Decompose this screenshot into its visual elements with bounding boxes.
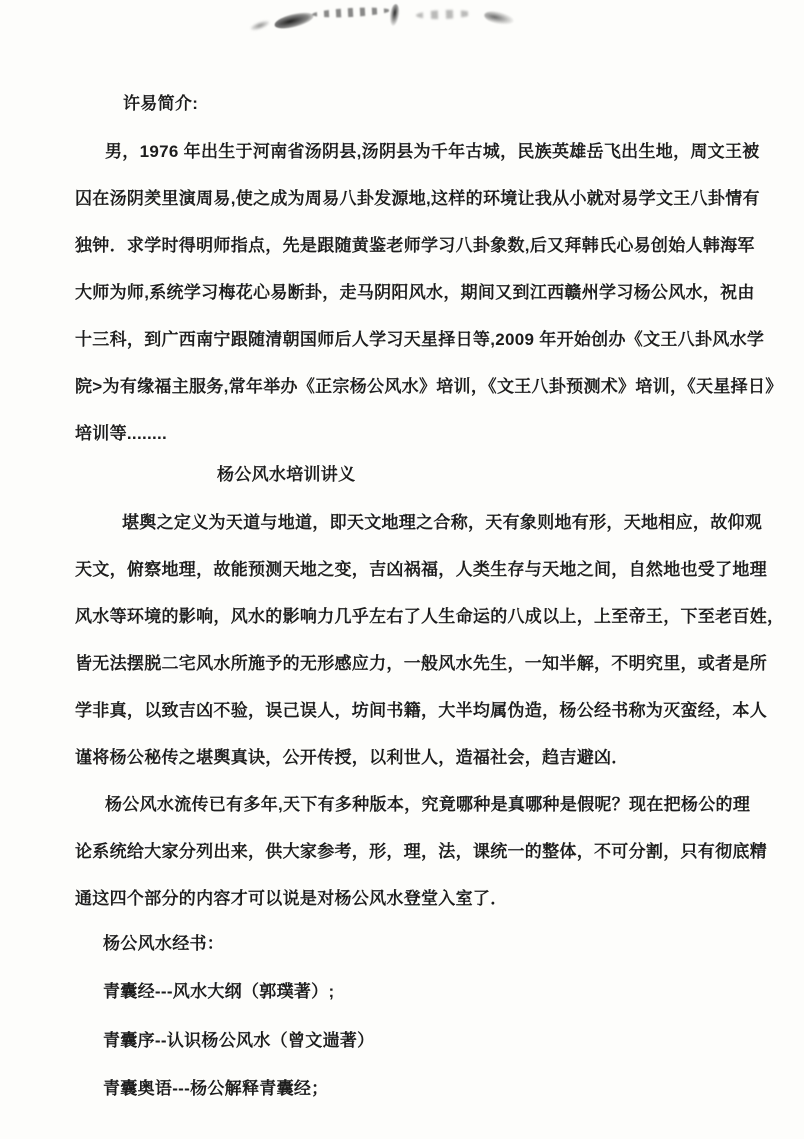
bio-line: 培训等........ <box>75 423 167 445</box>
versions-line: 论系统给大家分列出来，供大家参考，形，理，法，课统一的整体，不可分割，只有彻底精 <box>75 841 767 863</box>
ink-smudge-mark <box>273 9 315 31</box>
book-item: 青囊奥语---杨公解释青囊经； <box>103 1078 328 1100</box>
bio-line: 十三科，到广西南宁跟随清朝国师后人学习天星择日等,2009 年开始创办《文王八卦… <box>75 329 764 351</box>
ink-smudge-mark <box>416 9 472 20</box>
books-heading: 杨公风水经书： <box>103 933 224 955</box>
versions-line: 通这四个部分的内容才可以说是对杨公风水登堂入室了． <box>75 888 508 910</box>
scanned-page: 许易简介: 男，1976 年出生于河南省汤阴县,汤阴县为千年古城，民族英雄岳飞出… <box>0 0 804 1139</box>
intro-heading: 许易简介: <box>123 93 198 115</box>
book-item: 青囊经---风水大纲（郭璞著）; <box>103 981 334 1003</box>
bio-line: 大师为师,系统学习梅花心易断卦，走马阴阳风水，期间又到江西赣州学习杨公风水，祝由 <box>75 282 755 304</box>
kanyu-line: 堪舆之定义为天道与地道，即天文地理之合称，天有象则地有形，天地相应，故仰观 <box>122 512 762 534</box>
ink-smudge-mark <box>312 6 390 19</box>
kanyu-line: 皆无法摆脱二宅风水所施予的无形感应力，一般风水先生，一知半解，不明究里，或者是所 <box>75 653 767 675</box>
ink-smudge-mark <box>483 9 515 27</box>
ink-smudge-mark <box>249 19 270 32</box>
kanyu-line: 谨将杨公秘传之堪舆真诀，公开传授，以利世人，造福社会，趋吉避凶． <box>75 747 629 769</box>
book-item: 青囊序--认识杨公风水（曾文遄著） <box>103 1030 374 1052</box>
bio-line: 独钟．求学时得明师指点，先是跟随黄鉴老师学习八卦象数,后又拜韩氏心易创始人韩海军 <box>75 235 755 257</box>
ink-smudge-mark <box>389 3 401 26</box>
kanyu-line: 学非真，以致吉凶不验，误己误人，坊间书籍，大半均属伪造，杨公经书称为灭蛮经，本人 <box>75 700 767 722</box>
kanyu-line: 风水等环境的影响，风水的影响力几乎左右了人生命运的八成以上，上至帝王，下至老百姓… <box>75 606 784 628</box>
lecture-heading: 杨公风水培训讲义 <box>217 464 355 486</box>
bio-line: 院>为有缘福主服务,常年举办《正宗杨公风水》培训，《文王八卦预测术》培训，《天星… <box>75 376 783 398</box>
kanyu-line: 天文，俯察地理，故能预测天地之变，吉凶祸福，人类生存与天地之间，自然地也受了地理 <box>75 559 767 581</box>
versions-line: 杨公风水流传已有多年,天下有多种版本，究竟哪种是真哪种是假呢？现在把杨公的理 <box>105 794 750 816</box>
bio-line: 男，1976 年出生于河南省汤阴县,汤阴县为千年古城，民族英雄岳飞出生地，周文王… <box>105 141 760 163</box>
ink-smudge <box>268 2 528 36</box>
bio-line: 囚在汤阴羑里演周易,使之成为周易八卦发源地,这样的环境让我从小就对易学文王八卦情… <box>75 188 760 210</box>
